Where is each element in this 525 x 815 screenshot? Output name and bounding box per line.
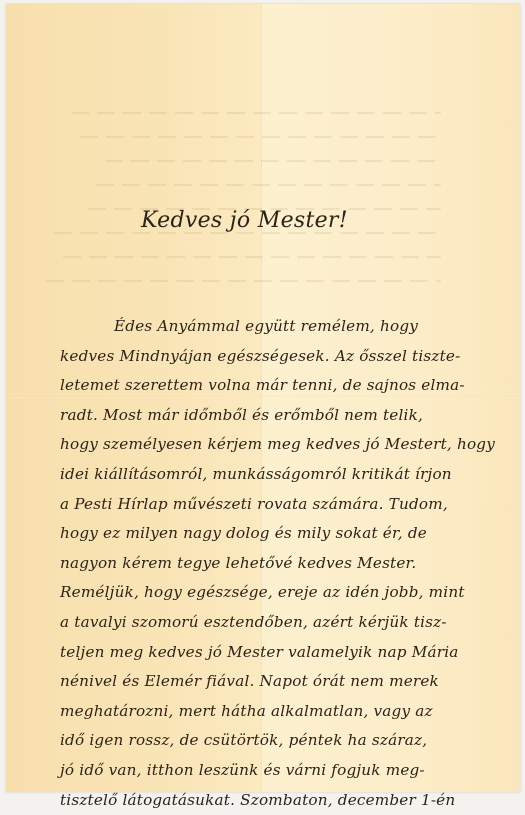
- letter-line: meghatározni, mert hátha alkalmatlan, va…: [60, 697, 520, 727]
- letter-line: letemet szerettem volna már tenni, de sa…: [60, 371, 520, 401]
- letter-line: Reméljük, hogy egészsége, ereje az idén …: [60, 578, 520, 608]
- letter-line: radt. Most már időmből és erőmből nem te…: [60, 401, 520, 431]
- letter-line: Édes Anyámmal együtt remélem, hogy: [60, 312, 520, 342]
- letter-line: jó idő van, itthon leszünk és várni fogj…: [60, 756, 520, 786]
- letter-line: idei kiállításomról, munkásságomról krit…: [60, 460, 520, 490]
- letter-line: nénivel és Elemér fiával. Napot órát nem…: [60, 667, 520, 697]
- letter-line: teljen meg kedves jó Mester valamelyik n…: [60, 638, 520, 668]
- letter-line: a Pesti Hírlap művészeti rovata számára.…: [60, 490, 520, 520]
- letter-salutation: Kedves jó Mester!: [141, 208, 348, 233]
- letter-line: idő igen rossz, de csütörtök, péntek ha …: [60, 726, 520, 756]
- letter-page: Kedves jó Mester! Édes Anyámmal együtt r…: [6, 4, 520, 792]
- letter-line: nagyon kérem tegye lehetővé kedves Meste…: [60, 549, 520, 579]
- letter-line: tisztelő látogatásukat. Szombaton, decem…: [60, 786, 520, 801]
- letter-line: hogy ez milyen nagy dolog és mily sokat …: [60, 519, 520, 549]
- letter-content: Kedves jó Mester! Édes Anyámmal együtt r…: [6, 4, 520, 792]
- letter-line: hogy személyesen kérjem meg kedves jó Me…: [60, 430, 520, 460]
- letter-line: kedves Mindnyájan egészségesek. Az őssze…: [60, 342, 520, 372]
- letter-line: a tavalyi szomorú esztendőben, azért kér…: [60, 608, 520, 638]
- letter-body: Édes Anyámmal együtt remélem, hogy kedve…: [60, 312, 520, 800]
